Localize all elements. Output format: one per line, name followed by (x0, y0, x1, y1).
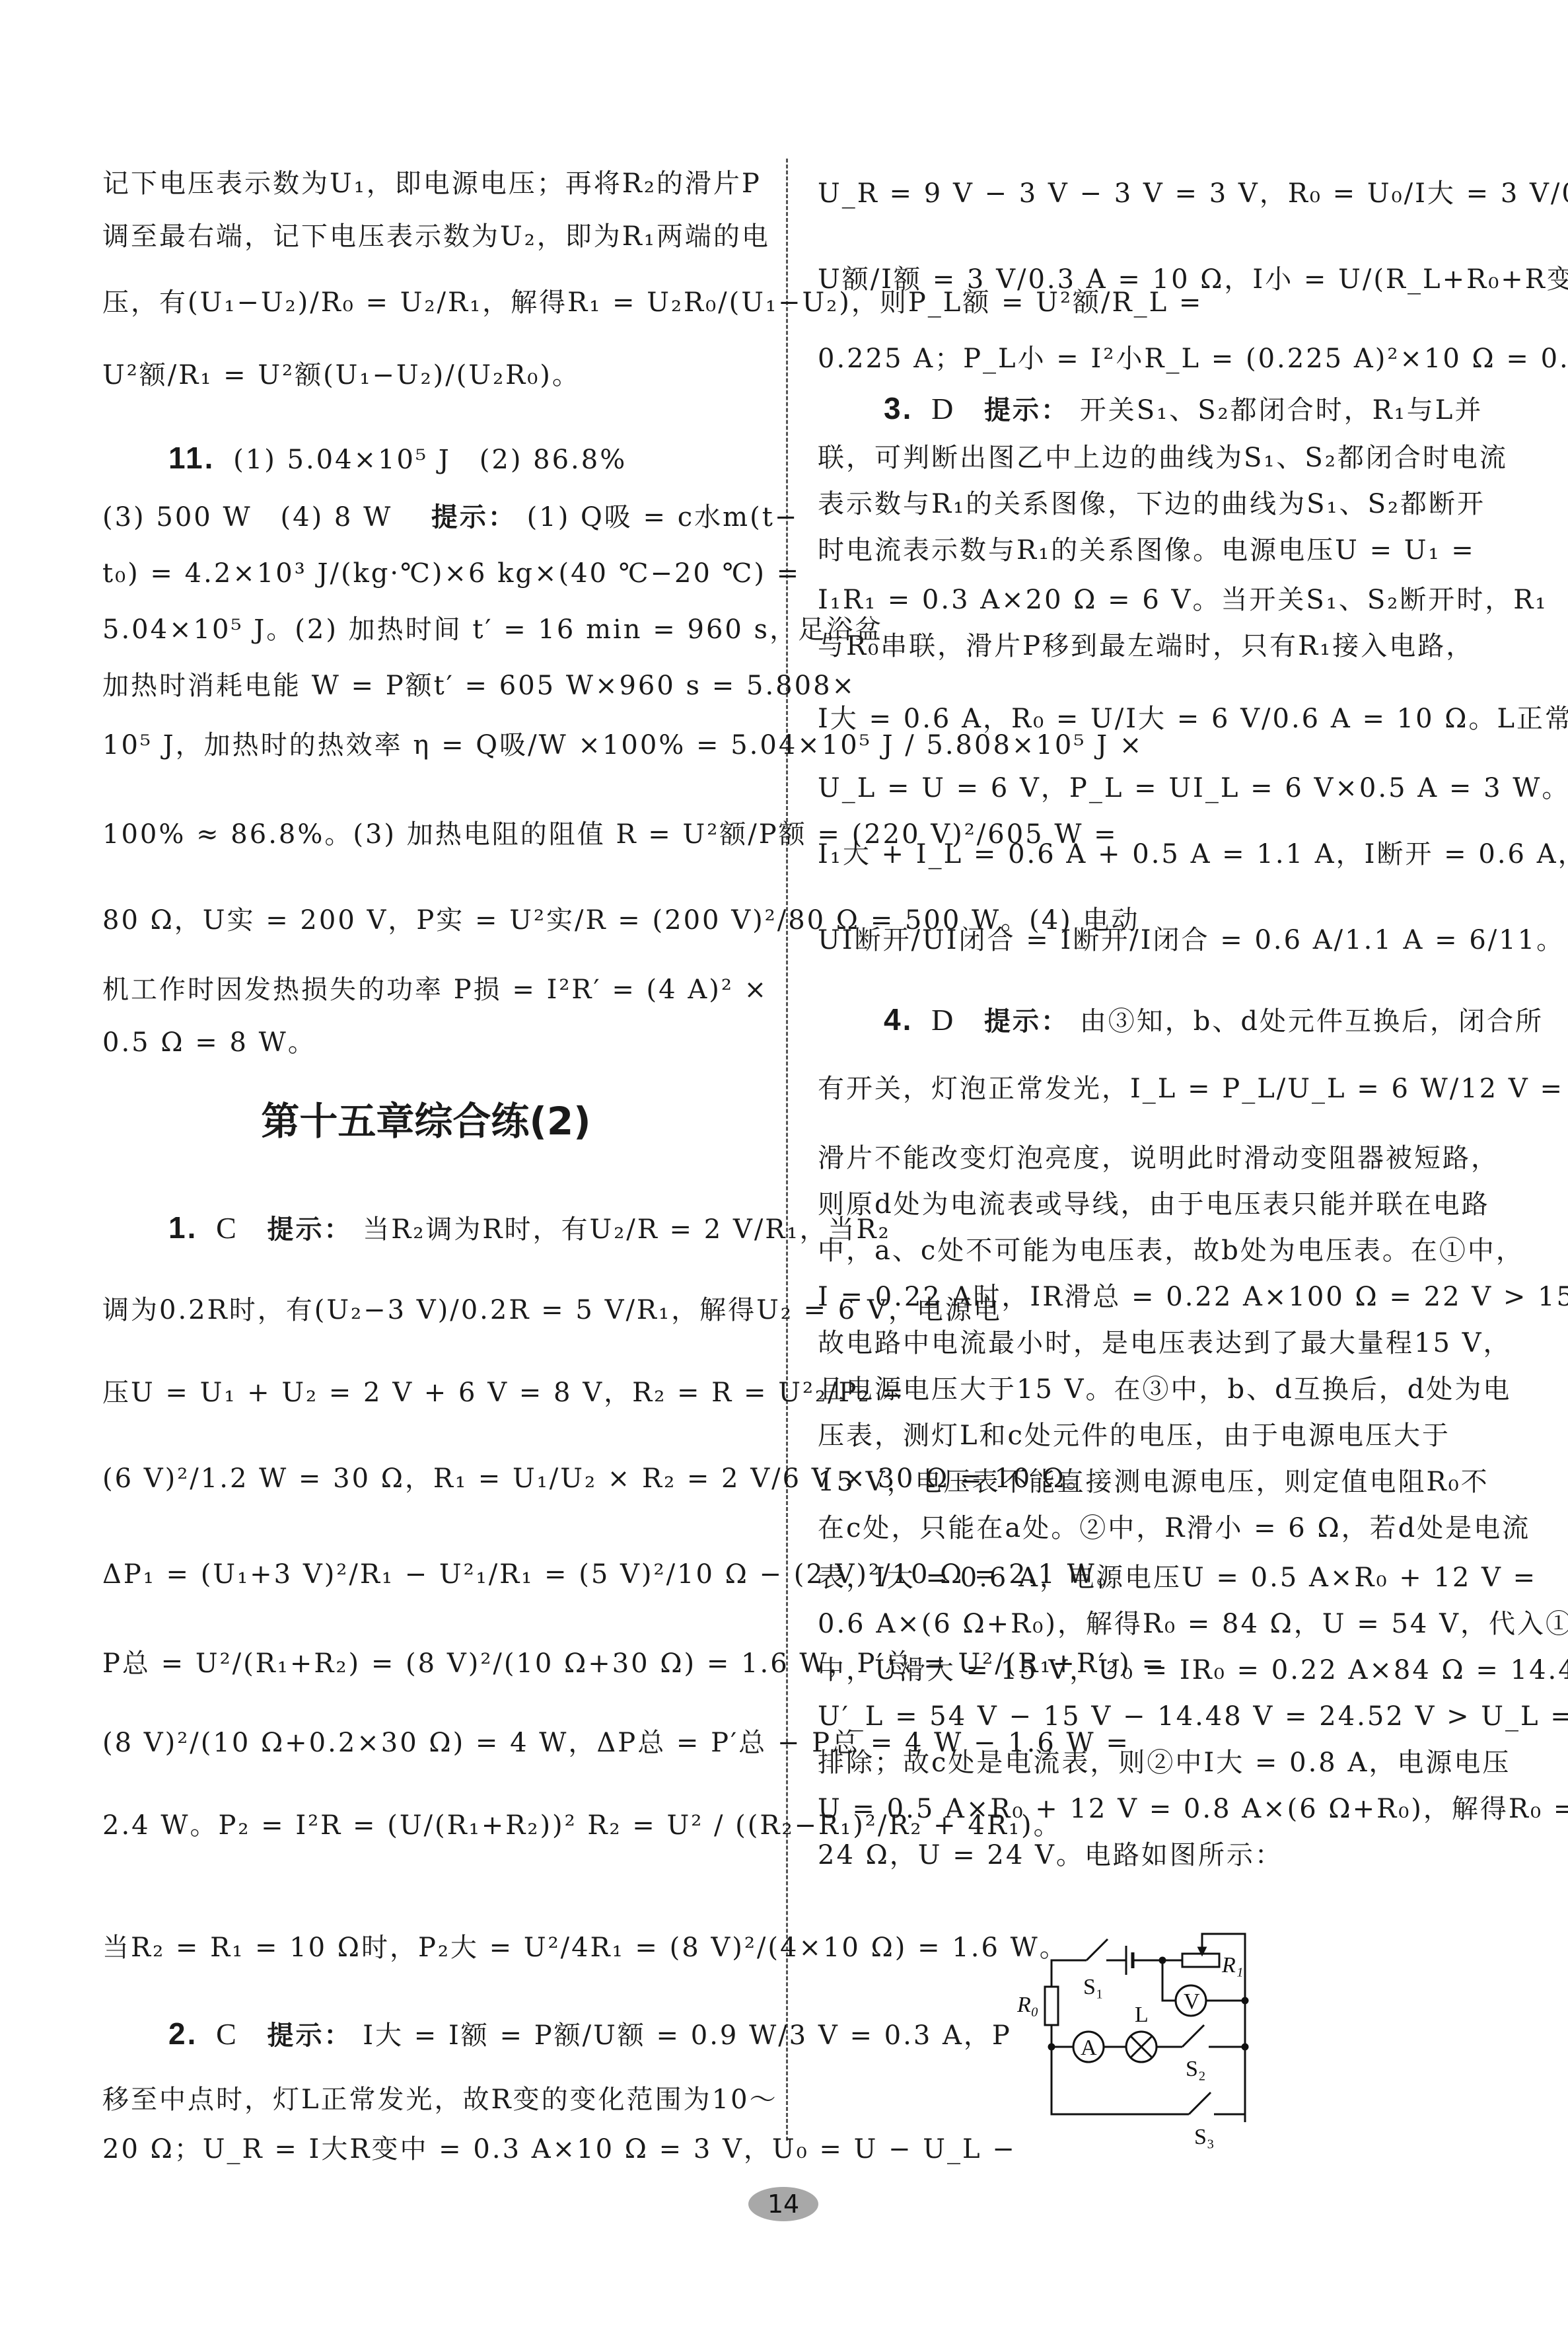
text-line: (3) 500 W (4) 8 W 提示： (1) Q吸 = c水m(t− (102, 499, 799, 536)
text-line: 0.5 Ω = 8 W。 (102, 1024, 316, 1061)
section-heading: 第十五章综合练(2) (102, 1090, 750, 1146)
text-line: U′_L = 54 V − 15 V − 14.48 V = 24.52 V >… (818, 1698, 1568, 1735)
text-line: 24 Ω，U = 24 V。电路如图所示： (818, 1837, 1283, 1874)
text-line: 中，a、c处不可能为电压表，故b处为电压表。在①中， (818, 1232, 1524, 1269)
text-line: 表，I大 = 0.6 A，电源电压U = 0.5 A×R₀ + 12 V = (818, 1559, 1537, 1596)
question-4: 4. D 提示： 由③知，b、d处元件互换后，闭合所 (818, 1001, 1544, 1040)
text-line: 记下电压表示数为U₁，即电源电压；再将R₂的滑片P (102, 165, 762, 202)
text-line: U = 0.5 A×R₀ + 12 V = 0.8 A×(6 Ω+R₀)，解得R… (818, 1790, 1568, 1827)
answer-letter: C (216, 2017, 238, 2051)
text-line: t₀) = 4.2×10³ J/(kg·℃)×6 kg×(40 ℃−20 ℃) … (102, 555, 801, 592)
text-line: U²额/R₁ = U²额(U₁−U₂)/(U₂R₀)。 (102, 357, 581, 394)
text-line: 滑片不能改变灯泡亮度，说明此时滑动变阻器被短路， (818, 1140, 1499, 1177)
text-line: U额/I额 = 3 V/0.3 A = 10 Ω，I小 = U/(R_L+R₀+… (818, 261, 1568, 298)
hint-text: 开关S₁、S₂都闭合时，R₁与L并 (1080, 395, 1483, 425)
hint-text: 由③知，b、d处元件互换后，闭合所 (1080, 1006, 1544, 1037)
text-line: 压U = U₁ + U₂ = 2 V + 6 V = 8 V，R₂ = R = … (102, 1374, 906, 1411)
text-line: I = 0.22 A时，IR滑总 = 0.22 A×100 Ω = 22 V >… (818, 1278, 1568, 1315)
page-number-badge: 14 (748, 2187, 818, 2221)
text-line: 且电源电压大于15 V。在③中，b、d互换后，d处为电 (818, 1371, 1511, 1408)
text-line: 0.225 A；P_L小 = I²小R_L = (0.225 A)²×10 Ω … (818, 340, 1568, 377)
text-line: 则原d处为电流表或导线，由于电压表只能并联在电路 (818, 1186, 1490, 1223)
answer-letter: D (931, 1003, 955, 1037)
text-line: 在c处，只能在a处。②中，R滑小 = 6 Ω，若d处是电流 (818, 1510, 1530, 1547)
text-line: 移至中点时，灯L正常发光，故R变的变化范围为10～ (102, 2081, 778, 2118)
hint-label: 提示： (431, 502, 517, 533)
circuit-diagram: R₀ R₁ S₁ S₂ S₃ L V A (1017, 1923, 1308, 2187)
text-line: 中，U滑大 = 15 V，U₀ = IR₀ = 0.22 A×84 Ω = 14… (818, 1652, 1568, 1689)
text-line: U_R = 9 V − 3 V − 3 V = 3 V，R₀ = U₀/I大 =… (818, 175, 1568, 212)
question-2: 2. C 提示： I大 = I额 = P额/U额 = 0.9 W/3 V = 0… (102, 2015, 1012, 2054)
answer-text: (3) 500 W (4) 8 W (102, 502, 421, 533)
hint-label: 提示： (267, 1214, 353, 1245)
label-r0: R₀ (1017, 1993, 1039, 2017)
hint-text: (1) Q吸 = c水m(t− (527, 502, 799, 533)
text-line: 排除；故c处是电流表，则②中I大 = 0.8 A，电源电压 (818, 1744, 1511, 1781)
question-11: 11. (1) 5.04×10⁵ J (2) 86.8% (102, 439, 627, 478)
label-s1: S₁ (1083, 1975, 1104, 1999)
text-line: 压表，测灯L和c处元件的电压，由于电源电压大于 (818, 1417, 1450, 1454)
text-line: 机工作时因发热损失的功率 P损 = I²R′ = (4 A)² × (102, 971, 768, 1008)
text-line: 当R₂ = R₁ = 10 Ω时，P₂大 = U²/4R₁ = (8 V)²/(… (102, 1929, 1068, 1966)
hint-label: 提示： (984, 395, 1069, 425)
hint-text: I大 = I额 = P额/U额 = 0.9 W/3 V = 0.3 A，P (363, 2020, 1012, 2051)
text-line: 联，可判断出图乙中上边的曲线为S₁、S₂都闭合时电流 (818, 439, 1508, 476)
answer-text: (1) 5.04×10⁵ J (2) 86.8% (233, 445, 627, 475)
text-line: 加热时消耗电能 W = P额t′ = 605 W×960 s = 5.808× (102, 667, 856, 704)
label-s3: S₃ (1194, 2125, 1215, 2149)
text-line: 与R₀串联，滑片P移到最左端时，只有R₁接入电路， (818, 628, 1474, 665)
question-number: 3. (884, 391, 913, 425)
ammeter-icon: A (1081, 2036, 1097, 2060)
text-line: 5.04×10⁵ J。(2) 加热时间 t′ = 16 min = 960 s，… (102, 611, 883, 648)
question-number: 1. (168, 1210, 197, 1245)
label-lamp: L (1135, 2003, 1149, 2027)
answer-letter: C (216, 1211, 238, 1245)
text-line: 20 Ω；U_R = I大R变中 = 0.3 A×10 Ω = 3 V，U₀ =… (102, 2131, 1016, 2168)
text-line: 15 V，电压表不能直接测电源电压，则定值电阻R₀不 (818, 1463, 1489, 1500)
text-line: I大 = 0.6 A，R₀ = U/I大 = 6 V/0.6 A = 10 Ω。… (818, 700, 1568, 737)
label-s2: S₂ (1186, 2057, 1206, 2081)
text-line: 时电流表示数与R₁的关系图像。电源电压U = U₁ = (818, 532, 1476, 569)
text-line: 故电路中电流最小时，是电压表达到了最大量程15 V， (818, 1325, 1512, 1362)
text-line: 调至最右端，记下电压表示数为U₂，即为R₁两端的电 (102, 218, 770, 255)
hint-label: 提示： (267, 2020, 353, 2051)
text-line: 表示数与R₁的关系图像，下边的曲线为S₁、S₂都断开 (818, 486, 1485, 523)
text-line: UI断开/UI闭合 = I断开/I闭合 = 0.6 A/1.1 A = 6/11… (818, 922, 1565, 959)
question-number: 2. (168, 2016, 197, 2051)
question-number: 4. (884, 1002, 913, 1037)
question-3: 3. D 提示： 开关S₁、S₂都闭合时，R₁与L并 (818, 390, 1483, 429)
text-line: U_L = U = 6 V，P_L = UI_L = 6 V×0.5 A = 3… (818, 770, 1568, 807)
hint-text: 当R₂调为R时，有U₂/R = 2 V/R₁，当R₂ (363, 1214, 890, 1245)
text-line: I₁大 + I_L = 0.6 A + 0.5 A = 1.1 A，I断开 = … (818, 836, 1568, 873)
text-line: 0.6 A×(6 Ω+R₀)，解得R₀ = 84 Ω，U = 54 V，代入① (818, 1605, 1568, 1642)
hint-label: 提示： (984, 1006, 1069, 1037)
question-number: 11. (168, 441, 215, 475)
text-line: I₁R₁ = 0.3 A×20 Ω = 6 V。当开关S₁、S₂断开时，R₁ (818, 581, 1548, 618)
answer-letter: D (931, 392, 955, 425)
question-1: 1. C 提示： 当R₂调为R时，有U₂/R = 2 V/R₁，当R₂ (102, 1209, 891, 1248)
voltmeter-icon: V (1184, 1989, 1200, 2014)
text-line: 有开关，灯泡正常发光，I_L = P_L/U_L = 6 W/12 V = 0.… (818, 1070, 1568, 1107)
label-r1: R₁ (1221, 1953, 1244, 1977)
